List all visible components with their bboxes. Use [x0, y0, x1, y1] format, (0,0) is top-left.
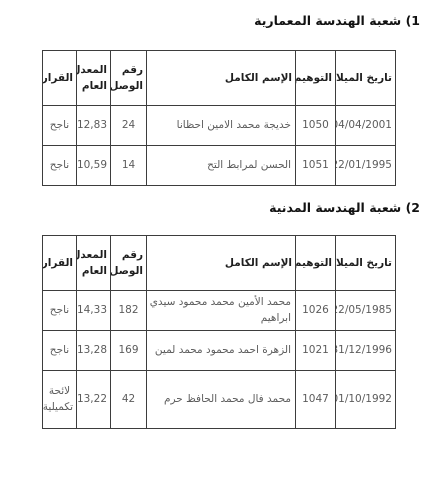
header-full-name: الإسم الكامل: [147, 236, 296, 291]
header-general-average: المعدل العام: [77, 236, 111, 291]
cell-full-name: خديجة محمد الامين احظانا: [147, 106, 296, 146]
header-decision: القرار: [43, 51, 77, 106]
cell-decision: ناجح: [43, 291, 77, 331]
cell-receipt-number: 14: [111, 146, 147, 186]
cell-general-average: 12,83: [77, 106, 111, 146]
header-birth-date: تاريخ الميلاد: [336, 236, 396, 291]
cell-general-average: 14,33: [77, 291, 111, 331]
cell-full-name: الحسن لمرابط التح: [147, 146, 296, 186]
section-title-civil: 2) شعبة الهندسة المدنية: [269, 200, 420, 215]
header-general-average: المعدل العام: [77, 51, 111, 106]
table-row: 31/12/1996 1021 الزهرة احمد محمود محمد ل…: [43, 331, 396, 371]
cell-candidate-number: 1026: [296, 291, 336, 331]
cell-general-average: 13,28: [77, 331, 111, 371]
cell-general-average: 13,22: [77, 371, 111, 429]
table-row: 04/04/2001 1050 خديجة محمد الامين احظانا…: [43, 106, 396, 146]
table-header-row: تاريخ الميلاد التوهيم الإسم الكامل رقم ا…: [43, 51, 396, 106]
cell-full-name: محمد الأمين محمد محمود سيدي ابراهيم: [147, 291, 296, 331]
cell-birth-date: 31/12/1996: [336, 331, 396, 371]
header-full-name: الإسم الكامل: [147, 51, 296, 106]
cell-receipt-number: 24: [111, 106, 147, 146]
results-table-architecture: تاريخ الميلاد التوهيم الإسم الكامل رقم ا…: [42, 50, 396, 186]
cell-candidate-number: 1021: [296, 331, 336, 371]
cell-birth-date: 04/04/2001: [336, 106, 396, 146]
table-row: 01/10/1992 1047 محمد فال محمد الحافظ حرم…: [43, 371, 396, 429]
cell-birth-date: 22/01/1995: [336, 146, 396, 186]
table-row: 22/01/1995 1051 الحسن لمرابط التح 14 10,…: [43, 146, 396, 186]
cell-decision: لائحة تكميلية: [43, 371, 77, 429]
cell-decision: ناجح: [43, 331, 77, 371]
results-table-civil: تاريخ الميلاد التوهيم الإسم الكامل رقم ا…: [42, 235, 396, 429]
cell-birth-date: 01/10/1992: [336, 371, 396, 429]
cell-full-name: الزهرة احمد محمود محمد لمين: [147, 331, 296, 371]
cell-candidate-number: 1051: [296, 146, 336, 186]
header-receipt-number: رقم الوصل: [111, 236, 147, 291]
cell-general-average: 10,59: [77, 146, 111, 186]
cell-receipt-number: 42: [111, 371, 147, 429]
page: { "page": { "background": "#ffffff" }, "…: [0, 0, 433, 480]
cell-decision: ناجح: [43, 106, 77, 146]
cell-candidate-number: 1050: [296, 106, 336, 146]
cell-candidate-number: 1047: [296, 371, 336, 429]
header-decision: القرار: [43, 236, 77, 291]
header-receipt-number: رقم الوصل: [111, 51, 147, 106]
header-birth-date: تاريخ الميلاد: [336, 51, 396, 106]
cell-birth-date: 22/05/1985: [336, 291, 396, 331]
cell-decision: ناجح: [43, 146, 77, 186]
header-candidate-number: التوهيم: [296, 51, 336, 106]
table-header-row: تاريخ الميلاد التوهيم الإسم الكامل رقم ا…: [43, 236, 396, 291]
section-title-architecture: 1) شعبة الهندسة المعمارية: [254, 13, 420, 28]
header-candidate-number: التوهيم: [296, 236, 336, 291]
cell-receipt-number: 182: [111, 291, 147, 331]
table-row: 22/05/1985 1026 محمد الأمين محمد محمود س…: [43, 291, 396, 331]
cell-full-name: محمد فال محمد الحافظ حرم: [147, 371, 296, 429]
cell-receipt-number: 169: [111, 331, 147, 371]
